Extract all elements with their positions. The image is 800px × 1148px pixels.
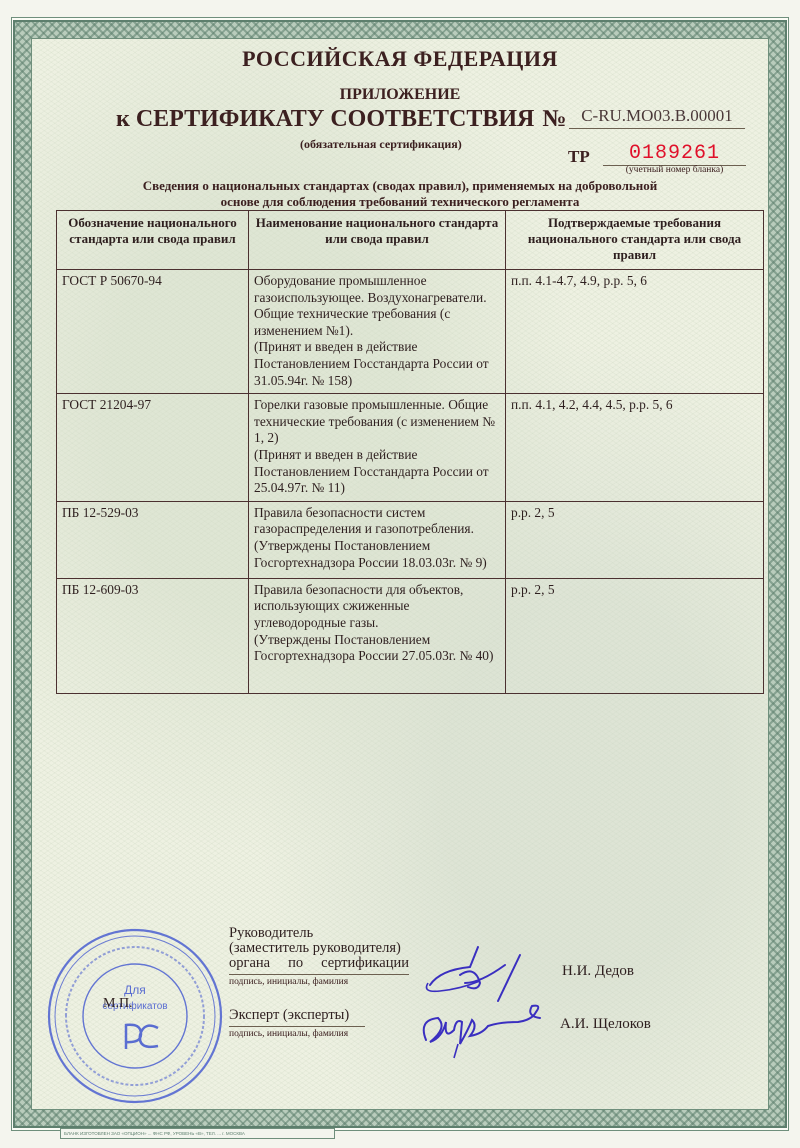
tp-label: ТР: [568, 147, 590, 167]
standard-title: Правила безопасности для объектов, испол…: [254, 582, 500, 632]
standard-approval-note: (Принят и введен в действие Постановлени…: [254, 447, 500, 497]
column-header-designation: Обозначение национального стандарта или …: [57, 211, 249, 270]
confirmed-requirements: п.п. 4.1-4.7, 4.9, р.р. 5, 6: [506, 270, 764, 394]
table-row: ПБ 12-529-03 Правила безопасности систем…: [57, 501, 764, 578]
head-signature-block: Руководитель (заместитель руководителя) …: [229, 926, 409, 987]
standard-name: Правила безопасности систем газораспреде…: [249, 501, 506, 578]
head-role-word: по: [288, 956, 303, 971]
standard-title: Правила безопасности систем газораспреде…: [254, 505, 500, 538]
certification-body-stamp: Для сертификатов: [46, 927, 224, 1105]
expert-role: Эксперт (эксперты): [229, 1008, 365, 1023]
head-role-word: органа: [229, 956, 270, 971]
stamp-text-top: Для: [124, 983, 146, 997]
standard-designation: ПБ 12-609-03: [57, 578, 249, 693]
head-role: Руководитель (заместитель руководителя) …: [229, 926, 409, 971]
expert-name: А.И. Щелоков: [560, 1016, 651, 1033]
confirmed-requirements: р.р. 2, 5: [506, 501, 764, 578]
head-role-line-3: органа по сертификации: [229, 956, 409, 971]
expert-signature: [408, 1000, 558, 1060]
standards-table: Обозначение национального стандарта или …: [56, 210, 764, 694]
intro-line-2: основе для соблюдения требований техниче…: [60, 194, 740, 210]
standard-approval-note: (Утверждены Постановлением Госгортехнадз…: [254, 632, 500, 665]
country-heading: РОССИЙСКАЯ ФЕДЕРАЦИЯ: [0, 46, 800, 72]
confirmed-requirements: п.п. 4.1, 4.2, 4.4, 4.5, р.р. 5, 6: [506, 394, 764, 502]
printer-imprint: БЛАНК ИЗГОТОВЛЕН ЗАО «ОПЦИОН» ... ФНС РФ…: [60, 1128, 335, 1139]
head-role-word: сертификации: [321, 956, 409, 971]
standard-title: Горелки газовые промышленные. Общие техн…: [254, 397, 500, 447]
rst-mark-icon: [126, 1025, 158, 1049]
blank-number-caption: (учетный номер бланка): [603, 165, 746, 175]
expert-signature-block: Эксперт (эксперты) подпись, инициалы, фа…: [229, 1008, 365, 1039]
standard-name: Правила безопасности для объектов, испол…: [249, 578, 506, 693]
stamp-place-mark: М.П.: [103, 996, 133, 1012]
head-name: Н.И. Дедов: [562, 963, 634, 980]
standard-name: Оборудование промышленное газоиспользующ…: [249, 270, 506, 394]
intro-line-1: Сведения о национальных стандартах (свод…: [60, 178, 740, 194]
standard-title: Оборудование промышленное газоиспользующ…: [254, 273, 500, 339]
table-header-row: Обозначение национального стандарта или …: [57, 211, 764, 270]
table-row: ПБ 12-609-03 Правила безопасности для об…: [57, 578, 764, 693]
standard-designation: ПБ 12-529-03: [57, 501, 249, 578]
certificate-title: к СЕРТИФИКАТУ СООТВЕТСТВИЯ№: [116, 106, 567, 133]
table-row: ГОСТ Р 50670-94 Оборудование промышленно…: [57, 270, 764, 394]
number-sign: №: [542, 106, 566, 132]
standard-approval-note: (Принят и введен в действие Постановлени…: [254, 339, 500, 389]
appendix-heading: ПРИЛОЖЕНИЕ: [0, 86, 800, 104]
column-header-requirements: Подтверждаемые требования национального …: [506, 211, 764, 270]
table-row: ГОСТ 21204-97 Горелки газовые промышленн…: [57, 394, 764, 502]
certificate-title-text: к СЕРТИФИКАТУ СООТВЕТСТВИЯ: [116, 106, 534, 132]
column-header-name: Наименование национального стандарта или…: [249, 211, 506, 270]
standard-designation: ГОСТ Р 50670-94: [57, 270, 249, 394]
standard-name: Горелки газовые промышленные. Общие техн…: [249, 394, 506, 502]
standard-designation: ГОСТ 21204-97: [57, 394, 249, 502]
head-role-line-2: (заместитель руководителя): [229, 941, 409, 956]
blank-serial-number: 0189261: [603, 142, 746, 166]
mandatory-certification-note: (обязательная сертификация): [300, 137, 462, 152]
intro-text: Сведения о национальных стандартах (свод…: [60, 178, 740, 210]
head-role-line-1: Руководитель: [229, 926, 409, 941]
expert-signature-caption: подпись, инициалы, фамилия: [229, 1026, 365, 1039]
standard-approval-note: (Утверждены Постановлением Госгортехнадз…: [254, 538, 500, 571]
confirmed-requirements: р.р. 2, 5: [506, 578, 764, 693]
head-signature-caption: подпись, инициалы, фамилия: [229, 974, 409, 987]
certificate-number: C-RU.MO03.B.00001: [569, 106, 745, 129]
